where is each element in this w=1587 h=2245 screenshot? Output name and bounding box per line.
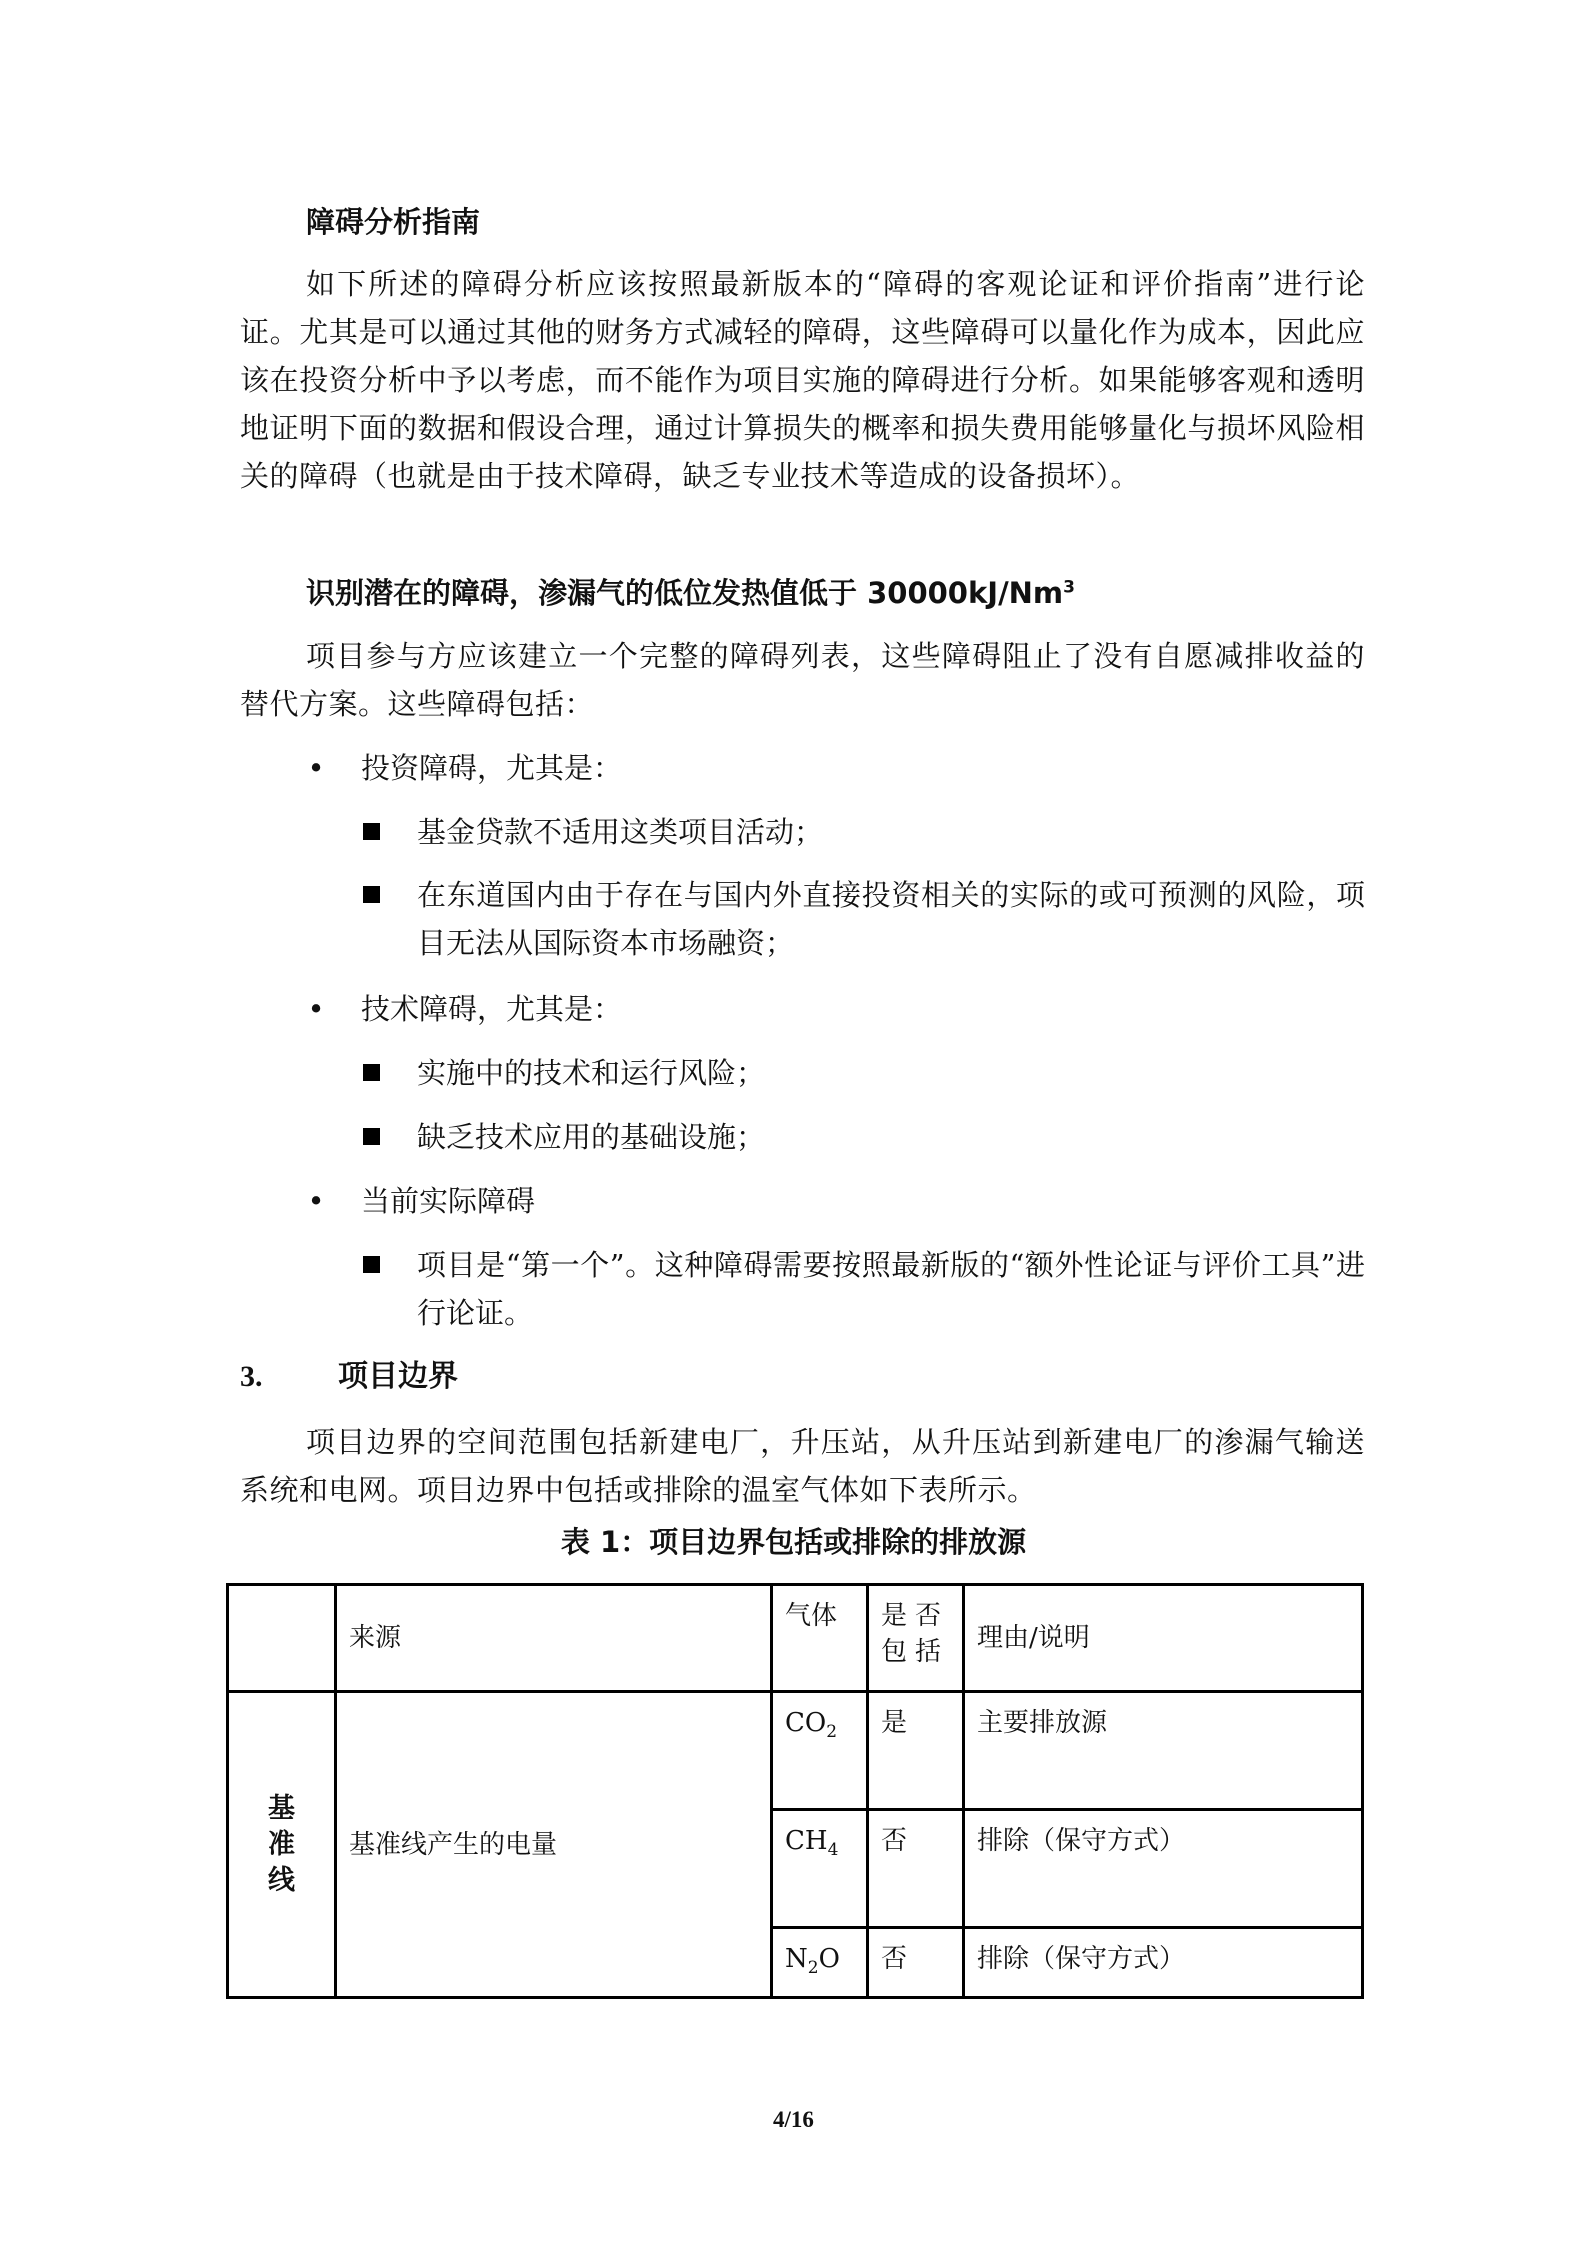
page-number: 4/16	[0, 2107, 1587, 2133]
black-square-icon	[363, 1128, 380, 1145]
bullet-label: 投资障碍，尤其是：	[361, 744, 1365, 792]
category-label: 基准线	[267, 1791, 297, 1899]
subitem-text: 缺乏技术应用的基础设施；	[417, 1113, 1365, 1161]
section-number: 3.	[240, 1357, 263, 1397]
gas-formula: CO	[785, 1708, 826, 1738]
gas-formula: CH	[785, 1826, 828, 1856]
gas-formula: N	[785, 1944, 808, 1974]
bullet-label: 当前实际障碍	[361, 1177, 1365, 1225]
reason-cell: 排除（保守方式）	[964, 1928, 1363, 1998]
section-3-paragraph: 项目边界的空间范围包括新建电厂，升压站，从升压站到新建电厂的渗漏气输送系统和电网…	[240, 1418, 1365, 1514]
bullet-dot-icon: •	[306, 985, 326, 1033]
document-page: 障碍分析指南 如下所述的障碍分析应该按照最新版本的“障碍的客观论证和评价指南”进…	[0, 0, 1587, 2245]
black-square-icon	[363, 1064, 380, 1081]
source-cell: 基准线产生的电量	[336, 1692, 772, 1998]
guide-heading: 障碍分析指南	[306, 202, 1431, 242]
subitem-text: 项目是“第一个”。这种障碍需要按照最新版的“额外性论证与评价工具”进行论证。	[417, 1241, 1365, 1337]
included-cell: 否	[868, 1810, 964, 1928]
barrier-heading: 识别潜在的障碍，渗漏气的低位发热值低于 30000kJ/Nm3	[306, 573, 1431, 613]
subitem-text: 基金贷款不适用这类项目活动；	[417, 808, 1365, 856]
black-square-icon	[363, 1256, 380, 1273]
section-title: 项目边界	[338, 1357, 458, 1397]
bullet-label: 技术障碍，尤其是：	[361, 985, 1365, 1033]
included-cell: 是	[868, 1692, 964, 1810]
black-square-icon	[363, 823, 380, 840]
header-gas: 气体	[772, 1585, 868, 1692]
header-source: 来源	[336, 1585, 772, 1692]
gas-formula-tail: O	[819, 1944, 840, 1974]
table-caption: 表 1：项目边界包括或排除的排放源	[0, 1520, 1587, 1561]
barrier-heading-text: 识别潜在的障碍，渗漏气的低位发热值低于 30000kJ/Nm	[306, 576, 1063, 610]
table-header-row: 来源 气体 是否包括 理由/说明	[228, 1585, 1363, 1692]
black-square-icon	[363, 886, 380, 903]
barrier-paragraph: 项目参与方应该建立一个完整的障碍列表，这些障碍阻止了没有自愿减排收益的替代方案。…	[240, 632, 1365, 728]
barrier-heading-superscript: 3	[1063, 577, 1075, 597]
gas-subscript: 2	[808, 1958, 819, 1978]
table-row: 基准线 基准线产生的电量 CO2 是 主要排放源	[228, 1692, 1363, 1810]
header-included: 是否包括	[868, 1585, 964, 1692]
gas-cell: CO2	[772, 1692, 868, 1810]
guide-paragraph: 如下所述的障碍分析应该按照最新版本的“障碍的客观论证和评价指南”进行论证。尤其是…	[240, 260, 1365, 500]
header-reason: 理由/说明	[964, 1585, 1363, 1692]
subitem-text: 实施中的技术和运行风险；	[417, 1049, 1365, 1097]
gas-cell: CH4	[772, 1810, 868, 1928]
gas-subscript: 4	[828, 1840, 839, 1860]
reason-cell: 排除（保守方式）	[964, 1810, 1363, 1928]
header-category	[228, 1585, 336, 1692]
subitem-text: 在东道国内由于存在与国内外直接投资相关的实际的或可预测的风险，项目无法从国际资本…	[417, 871, 1365, 967]
gas-cell: N2O	[772, 1928, 868, 1998]
gas-subscript: 2	[826, 1722, 837, 1742]
category-cell: 基准线	[228, 1692, 336, 1998]
included-cell: 否	[868, 1928, 964, 1998]
bullet-dot-icon: •	[306, 744, 326, 792]
emission-sources-table: 来源 气体 是否包括 理由/说明 基准线 基准线产生的电量 CO2 是 主要排放…	[226, 1583, 1364, 1999]
reason-cell: 主要排放源	[964, 1692, 1363, 1810]
bullet-dot-icon: •	[306, 1177, 326, 1225]
